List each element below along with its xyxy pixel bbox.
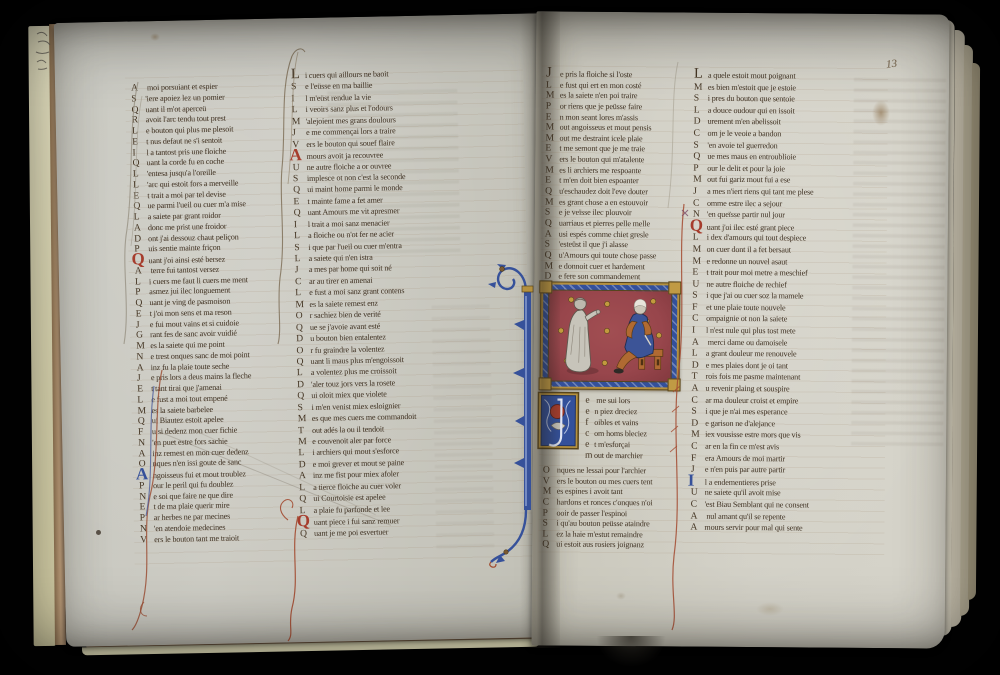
verse-line: Compaignie ot non la saiete: [692, 311, 813, 324]
miniature-corner-gold: [668, 281, 681, 294]
verse-line: Mout angoisseus et mout pensis: [546, 121, 658, 133]
verse-line: De garison ne d'alejance: [691, 415, 812, 428]
verse-initial: L: [694, 69, 708, 81]
verse-line: Fet une plaie toute nouvele: [692, 299, 813, 312]
folio-number: 13: [886, 58, 898, 71]
blue-drop-initial: I: [688, 474, 702, 486]
verse-line: Qu'Amours qui toute chose passe: [545, 248, 657, 260]
verse-initial: Q: [542, 540, 556, 551]
verse-line: C'est Biau Semblant qui ne consent: [691, 497, 812, 510]
seated-god-of-love-figure: [614, 299, 664, 374]
verse-line: Car ma douleur croist et empire: [691, 392, 812, 405]
decorated-initial-J: [537, 391, 579, 451]
verse-line: mout de marchier: [585, 448, 647, 460]
miniature: [540, 281, 681, 390]
verse-line: Mout fui gariz mout fui a ese: [693, 172, 814, 185]
miniature-frame: [543, 284, 678, 387]
verse-line: La grant douleur me renouvele: [692, 346, 813, 359]
verse-text: 'iere apoiez lez un pomier: [145, 92, 225, 103]
verse-line: Pooir de passer l'espinoi: [543, 506, 653, 518]
verse-text: e fere son commandement: [558, 272, 640, 282]
manuscript-photograph: A moi porsuiant et espierS'iere apoiez l…: [0, 0, 1000, 675]
miniature-corner-gold: [539, 280, 552, 293]
verse-line: Si qu'au bouton peüsse ataindre: [542, 517, 652, 529]
verse-line: Qu'eschaudez doit l'eve douter: [545, 185, 657, 197]
verse-initial: m: [585, 450, 594, 461]
red-drop-initial: A: [289, 149, 303, 161]
text-column-3-beside-initial: e me sui lorsen piez dreciezfoibles et v…: [585, 393, 647, 460]
verse-text: ers le bouton tant me traioit: [154, 533, 239, 544]
verse-initial: J: [546, 67, 560, 78]
verse-line: Une saiete qu'il avoit mise: [691, 485, 812, 498]
red-drop-initial: Q: [690, 219, 704, 231]
verse-line: Onques ne lessai pour l'archier: [543, 463, 653, 475]
verse-line: Car en la fin ce m'est avis: [691, 439, 812, 452]
verse-line: Angoisseus fui et mout troublez: [139, 466, 254, 479]
verse-line: Vers le bouton qui m'atalente: [545, 153, 657, 165]
red-drop-initial: Q: [297, 515, 311, 527]
verse-line: L'arc qui estoit fors a merveille: [133, 176, 248, 189]
text-column-3-top: Je pris la floiche si l'osteLe fust qui …: [544, 67, 657, 281]
verse-line: Mes espines i avoit tant: [543, 485, 653, 497]
verse-line: De fere son commandement: [544, 270, 656, 282]
showthrough-text-right: [851, 78, 946, 451]
verse-line: Durement m'en abelissoit: [694, 114, 815, 127]
verse-line: Je n'en puis par autre partir: [691, 462, 812, 475]
gutter-bottom-shadow: [596, 636, 666, 668]
verse-line: foibles et vains: [585, 415, 647, 427]
text-column-3-bottom: Onques ne lessai pour l'archierVers le b…: [542, 463, 652, 549]
verse-line: Lez la haie m'estut remaindre: [542, 527, 652, 539]
miniature-corner-gold: [668, 378, 681, 391]
verse-line: Mon cuer dont il a fet bersaut: [693, 242, 814, 255]
verse-line: N'en queïsse partir nul jour: [693, 207, 814, 220]
left-page: A moi porsuiant et espierS'iere apoiez l…: [54, 13, 563, 647]
standing-lover-figure: [566, 298, 601, 375]
verse-line: Qui maint home parmi le monde: [293, 180, 412, 194]
verse-line: Pour le delit et pour la joie: [693, 160, 814, 173]
verse-line: Le fust a moi sanz grant contens: [295, 283, 414, 297]
verse-line: Chardons et ronces c'onques n'oi: [543, 495, 653, 507]
verse-line: Qui estoit aus rosiers joignanz: [542, 538, 652, 550]
verse-line: Une autre floiche de rechief: [692, 276, 813, 289]
showthrough-text-left-2: [432, 304, 495, 555]
verse-line: S'esteüst il que j'i alasse: [545, 238, 657, 250]
verse-line: Je pris la floiche si l'oste: [546, 67, 658, 79]
verse-line: e me sui lors: [585, 393, 647, 405]
verse-line: Comme estre ilec a sejour: [693, 195, 814, 208]
verse-line: Ja mes n'iert riens qui tant me plese: [693, 184, 814, 197]
verse-line: Vers le bouton ou mes cuers tent: [543, 474, 653, 486]
verse-line: La quele estoit mout poignant: [694, 68, 815, 81]
verse-line: Si pres du bouton que sentoie: [694, 91, 815, 104]
verse-initial: V: [140, 535, 154, 546]
verse-line: en piez dreciez: [585, 404, 647, 416]
verse-line: Il a endementieres prise: [691, 473, 812, 486]
verse-initial: A: [690, 522, 704, 534]
verse-line: Et trait pour moi metre a meschief: [692, 265, 813, 278]
text-column-2: Li cuers qui aillours ne baoitSe l'eüsse…: [291, 66, 419, 537]
verse-line: Trois fois me pasme maintenant: [692, 369, 813, 382]
verse-line: Ne trest onques sanc de moi point: [136, 348, 251, 361]
right-page: Je pris la floiche si l'osteLe fust qui …: [532, 11, 950, 648]
verse-line: Quant j'oi ilec esté grant piece: [693, 218, 814, 231]
red-drop-initial: Q: [131, 254, 145, 265]
verse-line: com homs bleciez: [585, 426, 647, 438]
verse-line: Quarriaus et pierres pelle melle: [545, 216, 657, 228]
verse-text: ui estoit aus rosiers joignanz: [556, 540, 644, 550]
verse-line: S'en avoie tel guerredon: [693, 137, 814, 150]
verse-line: et m'esforçai: [585, 437, 647, 449]
verse-line: Mes la saiete n'en poi traire: [546, 89, 658, 101]
verse-line: Au revenir plaing et souspire: [692, 381, 813, 394]
verse-line: A merci dame ou damoisele: [692, 334, 813, 347]
verse-line: Com je le veoie a bandon: [694, 126, 815, 139]
verse-text: uant je me poi esvertuer: [314, 527, 388, 537]
verse-line: Mes bien m'estoit que je estoie: [694, 79, 815, 92]
verse-line: Por riens que je peüsse faire: [546, 99, 658, 111]
text-column-4: La quele estoit mout poignantMes bien m'…: [690, 68, 814, 533]
verse-line: Si que je n'ai mes esperance: [691, 404, 812, 417]
verse-line: La douce oudour qui en issoit: [694, 102, 815, 115]
verse-line: Quant Amours me vit apresmer: [293, 203, 412, 217]
blue-drop-initial: A: [136, 469, 150, 480]
verse-line: Li dex d'amours qui tout despiece: [693, 230, 814, 243]
text-column-1: A moi porsuiant et espierS'iere apoiez l…: [131, 79, 255, 543]
verse-line: Vers le bouton tant me traioit: [140, 531, 255, 544]
verse-text: out de marchier: [594, 451, 643, 460]
verse-line: A nul amant qu'il se repente: [691, 508, 812, 521]
verse-line: De mes plaies dont je oi tant: [692, 357, 813, 370]
verse-line: Miex vousisse estre mors que vis: [691, 427, 812, 440]
verse-line: Que mes maus en entroublioie: [693, 149, 814, 162]
miniature-field: [549, 290, 672, 381]
verse-line: Il n'est nule qui plus tost mete: [692, 323, 813, 336]
verse-line: Quant je me poi esvertuer: [300, 523, 419, 537]
verse-line: Le bouton qui plus me plesoit: [132, 122, 247, 135]
verse-text: e fust a moi tout empené: [151, 393, 227, 404]
miniature-corner-gold: [539, 377, 552, 390]
verse-line: Fera Amours de moi martir: [691, 450, 812, 463]
verse-line: Mes que mes cuers me commandoit: [298, 409, 417, 423]
verse-line: Me redonne un nouvel asaut: [693, 253, 814, 266]
verse-line: Si que j'ai ou cuer soz la mamele: [692, 288, 813, 301]
verse-text: mours servir pour mal qui sente: [704, 523, 802, 533]
verse-line: Amours servir pour mal qui sente: [690, 520, 811, 533]
